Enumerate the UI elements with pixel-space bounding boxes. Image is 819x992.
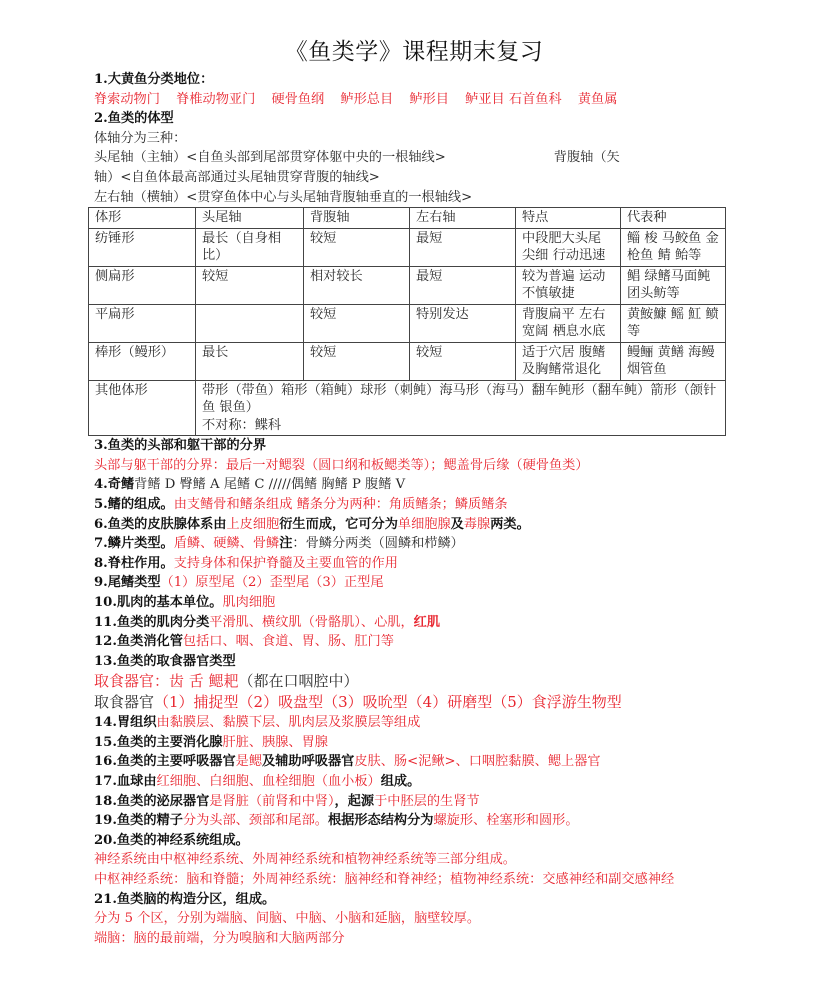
table-row: 纺锤形 最长（自身相比） 较短 最短 中段肥大头尾尖细 行动迅速 鲻 梭 马鲛鱼…	[89, 228, 726, 266]
axis-line-1: 头尾轴（主轴）<自鱼头部到尾部贯穿体躯中央的一根轴线>背腹轴（矢	[94, 148, 734, 168]
table-header-row: 体形 头尾轴 背腹轴 左右轴 特点 代表种	[89, 208, 726, 229]
section-15: 15.鱼类的主要消化腺肝脏、胰腺、胃腺	[94, 733, 734, 753]
taxon: 鲈形目	[409, 92, 449, 107]
table-row: 侧扁形 较短 相对较长 最短 较为普遍 运动不慎敏捷 鲳 绿鳍马面鲀 团头鲂等	[89, 266, 726, 304]
taxon: 石首鱼科	[509, 92, 562, 107]
taxon: 黄鱼属	[578, 92, 618, 107]
section-2-heading: 2.鱼类的体型	[94, 109, 734, 129]
section-19: 19.鱼类的精子分为头部、颈部和尾部。根据形态结构分为螺旋形、栓塞形和圆形。	[94, 811, 734, 831]
table-cell: 鲻 梭 马鲛鱼 金枪鱼 鲭 鲐等	[621, 228, 726, 266]
section-13-heading: 13.鱼类的取食器官类型	[94, 652, 734, 672]
table-cell: 特别发达	[410, 304, 516, 342]
table-cell: 最短	[410, 266, 516, 304]
section-20-line-1: 神经系统由中枢神经系统、外周神经系统和植物神经系统等三部分组成。	[94, 850, 734, 870]
table-cell: 较短	[304, 304, 410, 342]
table-cell: 相对较长	[304, 266, 410, 304]
section-17: 17.血球由红细胞、白细胞、血栓细胞（血小板）组成。	[94, 772, 734, 792]
taxon: 脊椎动物亚门	[176, 92, 255, 107]
section-4: 4.奇鳍背鳍 D 臀鳍 A 尾鳍 C /////偶鳍 胸鳍 P 腹鳍 V	[94, 475, 734, 495]
table-header-cell: 代表种	[621, 208, 726, 229]
page-title: 《鱼类学》课程期末复习	[94, 36, 734, 68]
section-18: 18.鱼类的泌尿器官是肾脏（前肾和中肾），起源于中胚层的生肾节	[94, 792, 734, 812]
section-1-heading: 1.大黄鱼分类地位：	[94, 70, 734, 90]
table-cell: 较短	[196, 266, 304, 304]
table-row: 棒形（鳗形） 最长 较短 较短 适于穴居 腹鳍及胸鳍常退化 鳗鲡 黄鳝 海鳗 烟…	[89, 342, 726, 380]
section-13-line-2: 取食器官（1）捕捉型（2）吸盘型（3）吸吮型（4）研磨型（5）食浮游生物型	[94, 692, 734, 713]
table-cell: 侧扁形	[89, 266, 196, 304]
section-20-line-2: 中枢神经系统：脑和脊髓；外周神经系统：脑神经和脊神经；植物神经系统：交感神经和副…	[94, 870, 714, 890]
section-16: 16.鱼类的主要呼吸器官是鳃及辅助呼吸器官皮肤、肠<泥鳅>、口咽腔黏膜、鳃上器官	[94, 752, 734, 772]
section-8: 8.脊柱作用。支持身体和保护脊髓及主要血管的作用	[94, 554, 734, 574]
table-cell: 棒形（鳗形）	[89, 342, 196, 380]
axis-line-3: 左右轴（横轴）<贯穿鱼体中心与头尾轴背腹轴垂直的一根轴线>	[94, 188, 734, 208]
table-header-cell: 左右轴	[410, 208, 516, 229]
table-cell-other-shapes: 带形（带鱼）箱形（箱鲀）球形（刺鲀）海马形（海马）翻车鲀形（翻车鲀）箭形（颌针鱼…	[196, 380, 726, 436]
table-cell: 平扁形	[89, 304, 196, 342]
section-21-heading: 21.鱼类脑的构造分区，组成。	[94, 890, 734, 910]
table-cell: 适于穴居 腹鳍及胸鳍常退化	[516, 342, 621, 380]
section-11: 11.鱼类的肌肉分类平滑肌、横纹肌（骨骼肌）、心肌，红肌	[94, 613, 734, 633]
axis-line-2: 轴）<自鱼体最高部通过头尾轴贯穿背腹的轴线>	[94, 168, 734, 188]
table-cell: 背腹扁平 左右宽阔 栖息水底	[516, 304, 621, 342]
table-cell: 鲳 绿鳍马面鲀 团头鲂等	[621, 266, 726, 304]
taxon: 脊索动物门	[94, 92, 160, 107]
taxon: 鲈形总目	[340, 92, 393, 107]
table-cell: 较为普遍 运动不慎敏捷	[516, 266, 621, 304]
taxon: 硬骨鱼纲	[271, 92, 324, 107]
section-3-heading: 3.鱼类的头部和躯干部的分界	[94, 436, 734, 456]
table-header-cell: 体形	[89, 208, 196, 229]
section-20-heading: 20.鱼类的神经系统组成。	[94, 831, 734, 851]
section-5: 5.鳍的组成。由支鳍骨和鳍条组成 鳍条分为两种：角质鳍条；鳞质鳍条	[94, 495, 734, 515]
table-cell: 最短	[410, 228, 516, 266]
table-cell	[196, 304, 304, 342]
table-cell: 较短	[304, 228, 410, 266]
section-14: 14.胃组织由黏膜层、黏膜下层、肌肉层及浆膜层等组成	[94, 713, 734, 733]
taxon: 鲈亚目	[465, 92, 505, 107]
table-cell: 最长（自身相比）	[196, 228, 304, 266]
table-cell: 纺锤形	[89, 228, 196, 266]
section-9: 9.尾鳍类型（1）原型尾（2）歪型尾（3）正型尾	[94, 573, 734, 593]
table-row: 平扁形 较短 特别发达 背腹扁平 左右宽阔 栖息水底 黄鮟鱇 鳐 魟 鲼等	[89, 304, 726, 342]
table-cell: 中段肥大头尾尖细 行动迅速	[516, 228, 621, 266]
body-shape-table: 体形 头尾轴 背腹轴 左右轴 特点 代表种 纺锤形 最长（自身相比） 较短 最短…	[88, 207, 726, 436]
section-13-line-1: 取食器官：齿 舌 鳃耙（都在口咽腔中）	[94, 671, 734, 692]
table-cell: 较短	[304, 342, 410, 380]
table-header-cell: 特点	[516, 208, 621, 229]
table-cell: 最长	[196, 342, 304, 380]
section-21-line-1: 分为 5 个区，分别为端脑、间脑、中脑、小脑和延脑，脑壁较厚。	[94, 909, 734, 929]
section-10: 10.肌肉的基本单位。肌肉细胞	[94, 593, 734, 613]
section-3-body: 头部与躯干部的分界：最后一对鳃裂（圆口纲和板鳃类等）；鳃盖骨后缘（硬骨鱼类）	[94, 456, 734, 476]
table-cell: 鳗鲡 黄鳝 海鳗 烟管鱼	[621, 342, 726, 380]
section-21-line-2: 端脑：脑的最前端，分为嗅脑和大脑两部分	[94, 929, 734, 949]
table-header-cell: 头尾轴	[196, 208, 304, 229]
taxonomy-line: 脊索动物门 脊椎动物亚门 硬骨鱼纲 鲈形总目 鲈形目 鲈亚目 石首鱼科 黄鱼属	[94, 90, 734, 110]
document-page: 《鱼类学》课程期末复习 1.大黄鱼分类地位： 脊索动物门 脊椎动物亚门 硬骨鱼纲…	[94, 36, 734, 948]
table-cell: 其他体形	[89, 380, 196, 436]
axis-intro: 体轴分为三种：	[94, 129, 734, 149]
table-row-other: 其他体形 带形（带鱼）箱形（箱鲀）球形（刺鲀）海马形（海马）翻车鲀形（翻车鲀）箭…	[89, 380, 726, 436]
section-12: 12.鱼类消化管包括口、咽、食道、胃、肠、肛门等	[94, 632, 734, 652]
section-6: 6.鱼类的皮肤腺体系由上皮细胞衍生而成，它可分为单细胞腺及毒腺两类。	[94, 515, 734, 535]
section-7: 7.鳞片类型。盾鳞、硬鳞、骨鳞注：骨鳞分两类（圆鳞和栉鳞）	[94, 534, 734, 554]
table-header-cell: 背腹轴	[304, 208, 410, 229]
table-cell: 较短	[410, 342, 516, 380]
table-cell: 黄鮟鱇 鳐 魟 鲼等	[621, 304, 726, 342]
